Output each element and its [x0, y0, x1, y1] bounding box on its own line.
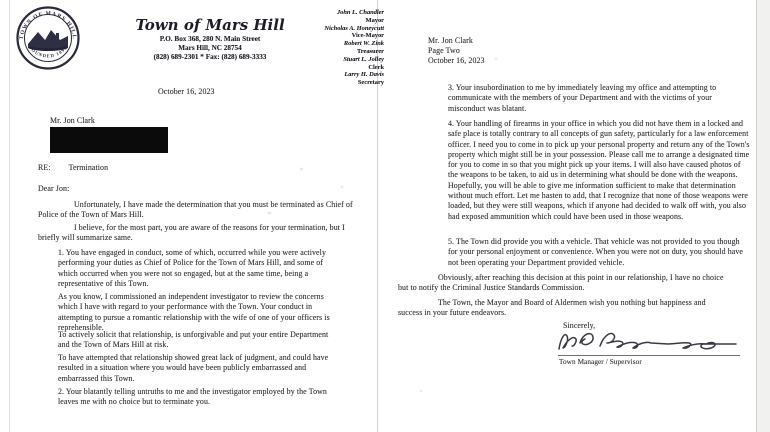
scan-noise-speck [636, 300, 639, 302]
paragraph: To actively solicit that relationship, i… [58, 330, 342, 351]
page2-header: Mr. Jon Clark Page Two October 16, 2023 [428, 36, 485, 66]
redaction-bar [50, 127, 168, 153]
recipient-name: Mr. Jon Clark [50, 116, 95, 126]
scan-margin-strip [757, 0, 770, 432]
re-line: RE: Termination [38, 163, 108, 173]
letterhead-address-line2: Mars Hill, NC 28754 [112, 44, 308, 53]
salutation: Dear Jon: [38, 184, 69, 194]
numbered-paragraph-4: 4. Your handling of firearms in your off… [448, 119, 752, 222]
scan-noise-speck [268, 212, 271, 214]
letterhead-address-line1: P.O. Box 368, 280 N. Main Street [112, 35, 308, 44]
scan-noise-speck [300, 168, 303, 170]
scanned-letter: TOWN OF MARS HILL FOUNDED 1893 Town of M… [0, 0, 770, 432]
numbered-paragraph-5: 5. The Town did provide you with a vehic… [448, 237, 750, 268]
official-name: Stuart L. Jolley [284, 56, 384, 64]
official-title: Secretary [284, 79, 384, 87]
official-title: Vice-Mayor [284, 32, 384, 40]
paragraph: I believe, for the most part, you are aw… [38, 223, 354, 244]
page2-recipient: Mr. Jon Clark [428, 36, 485, 46]
town-seal: TOWN OF MARS HILL FOUNDED 1893 [16, 6, 80, 70]
official-title: Mayor [284, 17, 384, 25]
letterhead-phone-fax: (828) 689-2301 * Fax: (828) 689-3333 [112, 53, 308, 62]
page1-left-edge [9, 0, 10, 432]
scan-noise-speck [420, 390, 422, 392]
letterhead-org-name: Town of Mars Hill [112, 16, 308, 34]
re-label: RE: [38, 163, 51, 172]
re-value: Termination [69, 163, 109, 172]
page2-page-label: Page Two [428, 46, 485, 56]
paragraph: To have attempted that relationship show… [58, 353, 342, 384]
official-name: Robert W. Zink [284, 40, 384, 48]
official-name: Larry H. Davis [284, 71, 384, 79]
officials-roster: John L. Chandler Mayor Nicholas A. Honey… [284, 9, 384, 87]
paragraph: Obviously, after reaching this decision … [398, 273, 732, 294]
numbered-paragraph-2: 2. Your blatantly telling untruths to me… [58, 387, 342, 408]
seal-mountain-scene [28, 30, 68, 51]
letter-date: October 16, 2023 [158, 87, 215, 97]
signature-line [558, 355, 740, 356]
numbered-paragraph-1: 1. You have engaged in conduct, some of … [58, 248, 342, 289]
official-title: Clerk [284, 64, 384, 72]
official-name: Nicholas A. Honeycutt [284, 25, 384, 33]
page2-date: October 16, 2023 [428, 56, 485, 66]
numbered-paragraph-3: 3. Your insubordination to me by immedia… [448, 83, 750, 114]
paragraph: As you know, I commissioned an independe… [58, 292, 342, 333]
official-title: Treasurer [284, 48, 384, 56]
signature-handwriting [556, 328, 741, 355]
scan-noise-speck [495, 58, 497, 60]
official-name: John L. Chandler [284, 9, 384, 17]
paragraph: Unfortunately, I have made the determina… [38, 200, 354, 221]
scan-noise-speck [612, 338, 614, 340]
scan-noise-speck [341, 186, 343, 188]
letterhead-address: P.O. Box 368, 280 N. Main Street Mars Hi… [112, 35, 308, 62]
signer-title: Town Manager / Supervisor [559, 357, 642, 367]
paragraph: The Town, the Mayor and Board of Alderme… [398, 298, 732, 319]
scan-noise-speck [700, 250, 702, 252]
